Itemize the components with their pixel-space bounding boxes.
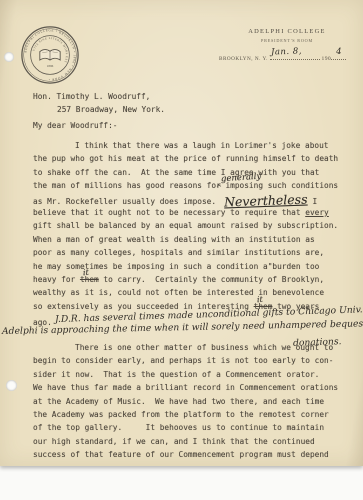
typed-line: poor as many colleges, hospitals and sim…: [33, 246, 358, 259]
typed-line: our high standard, if we can, and I thin…: [33, 435, 358, 448]
year-rule: 4: [331, 52, 346, 60]
typed-line: There is one other matter of business wh…: [33, 341, 358, 354]
typed-text: I: [313, 197, 318, 206]
date-rule: Jan. 8,: [270, 52, 320, 60]
letterhead-city: Brooklyn, N. Y.: [219, 56, 268, 62]
paragraph-1: I think that there was a laugh in Lorime…: [33, 139, 358, 313]
typed-line: wealthy as it is, could not often be int…: [33, 286, 358, 299]
underlined-word: every: [305, 208, 328, 217]
typed-line: I think that there was a laugh in Lorime…: [33, 139, 358, 152]
typed-text: heavy for: [33, 275, 80, 284]
handwritten-date: Jan. 8,: [271, 46, 302, 57]
typed-line: heavy for themit to carry. Certainly the…: [33, 273, 358, 286]
printed-year: 190: [322, 56, 332, 62]
letter-paper: ADELPHI COLLEGE • BROOKLYN • 1896 • NEW …: [0, 0, 363, 466]
letterhead-room: President's Room: [222, 38, 352, 43]
typed-line: at the Academy of Music. We have had two…: [33, 395, 358, 408]
typed-line: the Academy was packed from the platform…: [33, 408, 358, 421]
handwritten-correction-it: it: [256, 293, 263, 307]
salutation: My dear Woodruff:-: [33, 121, 118, 130]
typed-text: believe that it ought not to be necessar…: [33, 208, 305, 217]
recipient-name: Hon. Timothy L. Woodruff,: [33, 92, 150, 101]
letterhead-college-name: Adelphi College: [222, 28, 352, 35]
recipient-address: 257 Broadway, New York.: [57, 105, 165, 114]
typed-line: We have thus far made a brilliant record…: [33, 381, 358, 394]
punch-hole-top: [4, 52, 14, 62]
typed-line: begin to consider early, and perhaps it …: [33, 354, 358, 367]
seal-year: 1896: [47, 64, 54, 68]
typed-line: success of that feature of our Commencem…: [33, 448, 358, 461]
college-seal-icon: ADELPHI COLLEGE • BROOKLYN • 1896 • NEW …: [19, 24, 81, 86]
typed-text: as Mr. Rockefeller usually does impose.: [33, 197, 216, 206]
typed-line: When a man of great wealth is dealing wi…: [33, 233, 358, 246]
typed-text: to carry. Certainly the community of Bro…: [99, 275, 324, 284]
typed-line: believe that it ought not to be necessar…: [33, 206, 358, 219]
typed-line: as Mr. Rockefeller usually does impose.N…: [33, 193, 358, 206]
handwritten-correction-it: it: [82, 266, 89, 280]
typed-line: the man of millions has good reasons for…: [33, 179, 358, 192]
punch-hole-bottom: [6, 380, 17, 391]
typed-line: gift shall be balanced by an equal amoun…: [33, 219, 358, 232]
open-book-icon: [40, 50, 60, 60]
struck-word: themit: [80, 273, 99, 286]
typed-line: to shake off the can. At the same time I…: [33, 166, 358, 179]
typed-line: sider it now. That is the question of a …: [33, 368, 358, 381]
paragraph-2: There is one other matter of business wh…: [33, 341, 358, 462]
letterhead-date-line: Brooklyn, N. Y. Jan. 8, 1904: [219, 52, 346, 62]
typed-text: the man of millions has good reasons for: [33, 181, 221, 190]
typed-line: of the top gallery. It behooves us to co…: [33, 421, 358, 434]
typed-line: the pup who got his meat at the price of…: [33, 152, 358, 165]
handwritten-year-digit: 4: [336, 47, 342, 57]
